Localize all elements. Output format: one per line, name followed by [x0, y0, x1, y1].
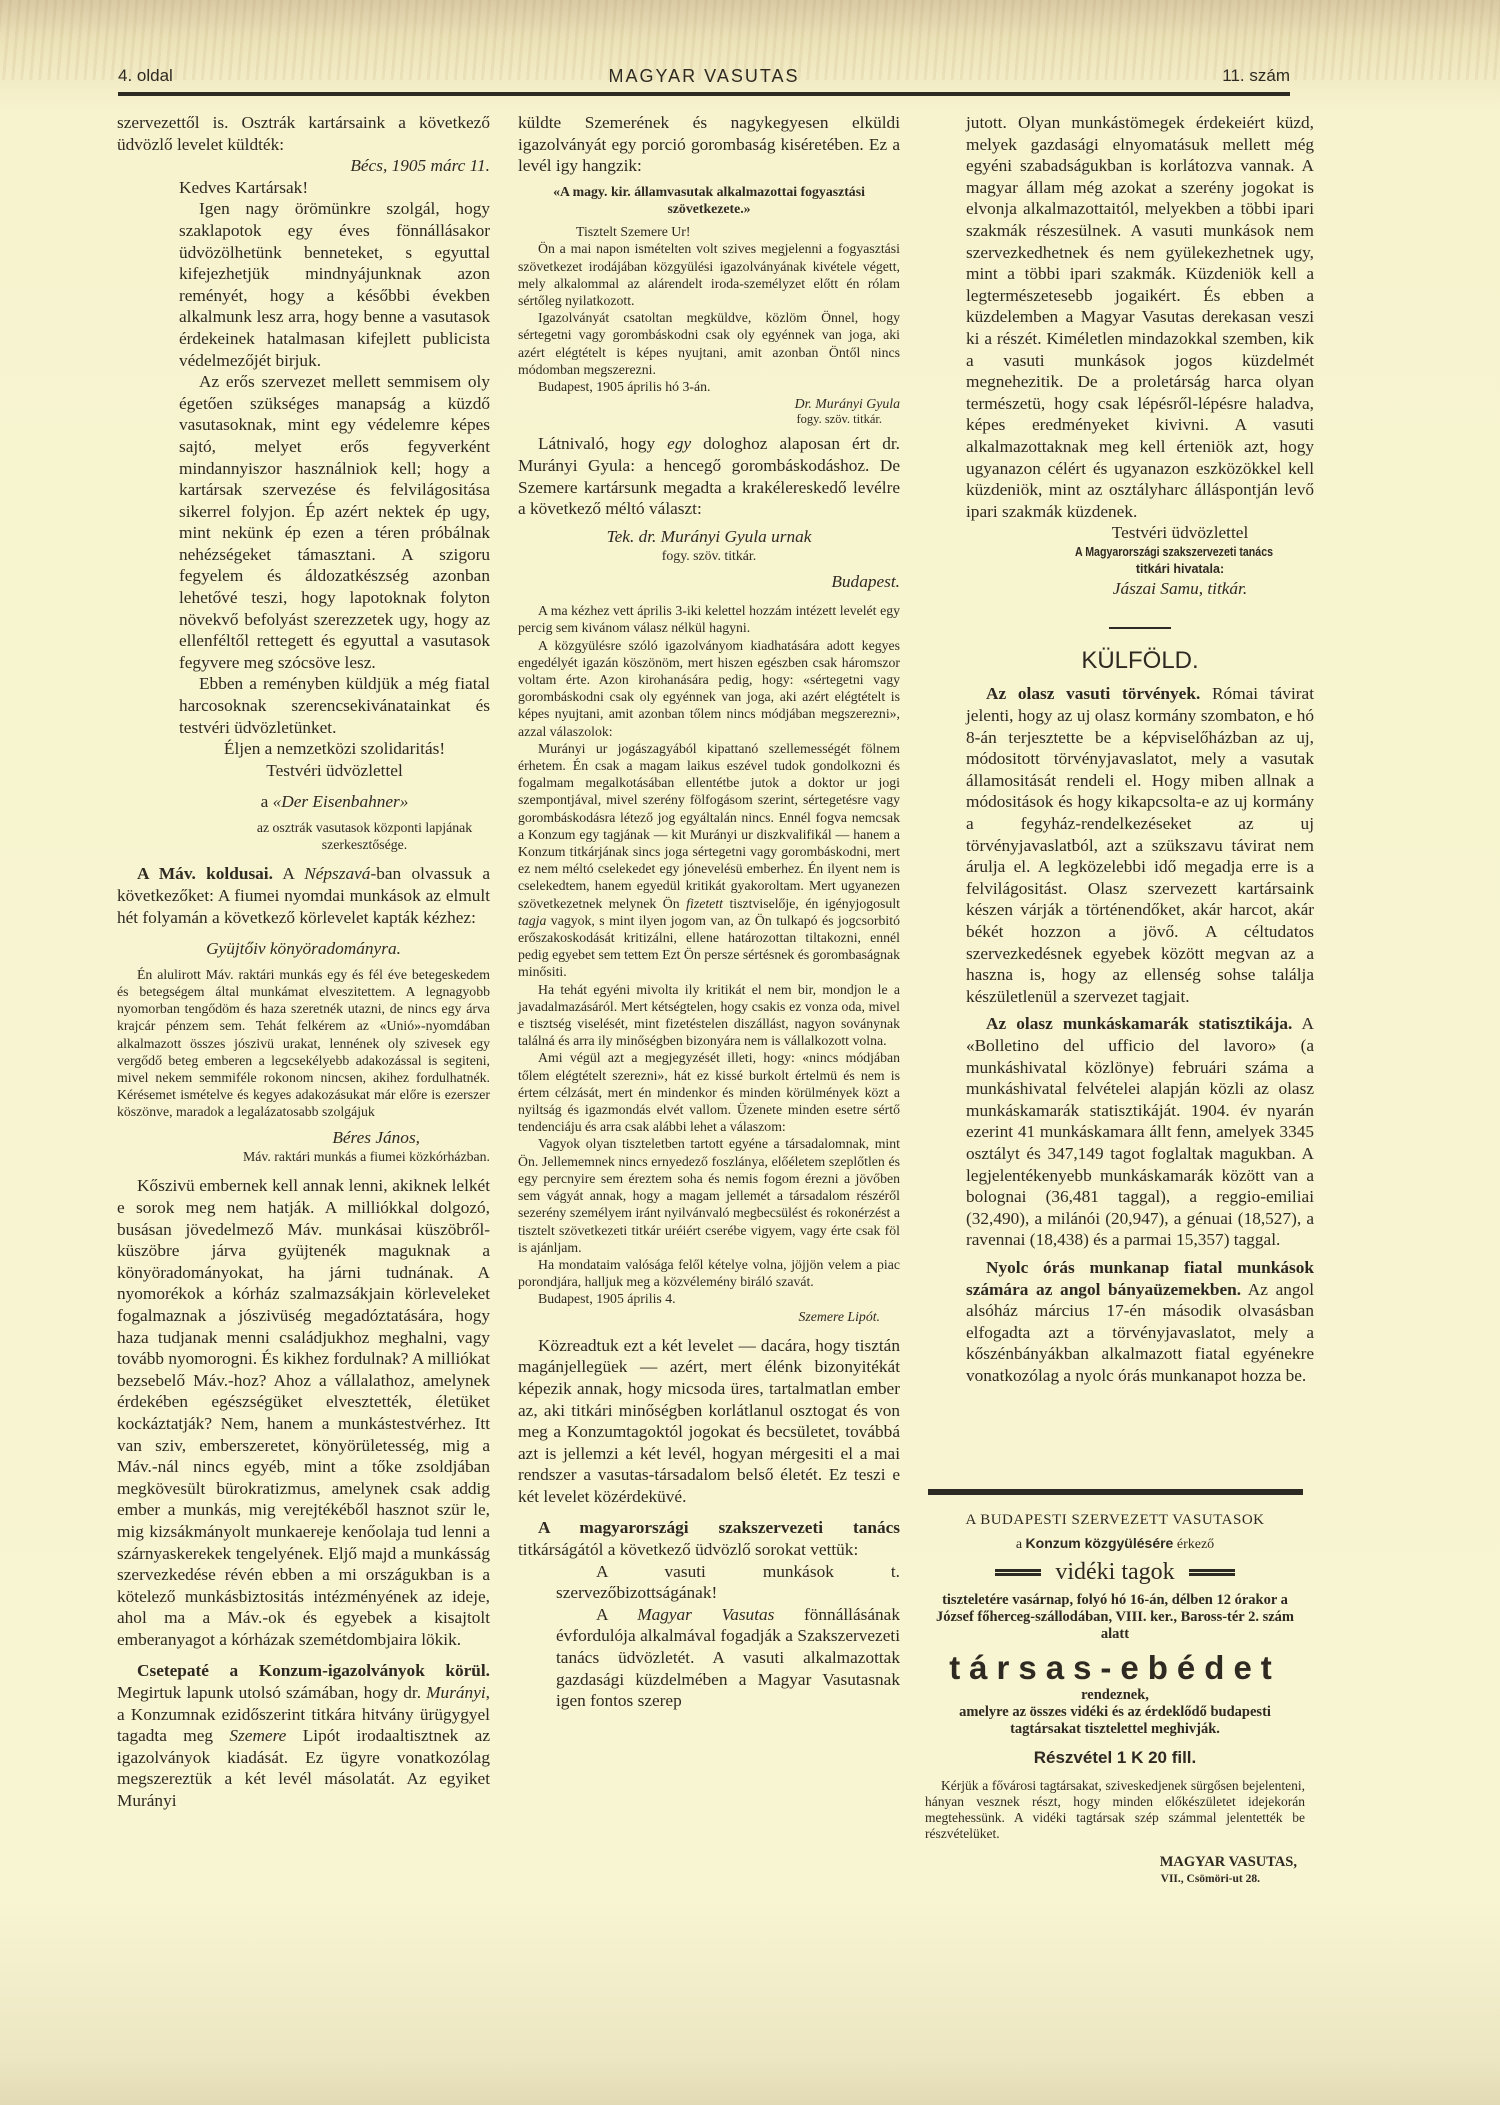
reply-paragraph: A közgyülésre szóló igazolványom kiadhat…	[518, 637, 900, 740]
continuation-paragraph: küldte Szemerének és nagykegyesen elküld…	[518, 112, 900, 177]
konzum-article: Csetepaté a Konzum-igazolványok körül. M…	[117, 1660, 490, 1811]
reply-paragraph: Vagyok olyan tiszteletben tartott egyéne…	[518, 1135, 900, 1255]
commentary-paragraph: Közreadtuk ezt a két levelet — dacára, h…	[518, 1335, 900, 1508]
reply-paragraph: Ha mondataim valósága felől kételye voln…	[518, 1256, 900, 1290]
mav-article: A Máv. koldusai. A Népszavá-ban olvassuk…	[117, 863, 490, 928]
plea-signature-role: Máv. raktári munkás a fiumei közkórházba…	[117, 1148, 490, 1165]
reply-addressee-role: fogy. szöv. titkár.	[518, 547, 900, 564]
reply-paragraph: Ami végül azt a megjegyzését illeti, hog…	[518, 1049, 900, 1135]
council-signature-name: Jászai Samu, titkár.	[966, 578, 1314, 600]
letter-signature-role: fogy. szöv. titkár.	[518, 412, 900, 427]
austrian-letter: Bécs, 1905 márc 11. Kedves Kartársak! Ig…	[117, 155, 490, 853]
letterhead: «A magy. kir. államvasutak alkalmazottai…	[518, 183, 900, 217]
letter-paragraph: Ön a mai napon ismételten volt szives me…	[518, 240, 900, 309]
letter-date: Budapest, 1905 április hó 3-án.	[518, 378, 900, 395]
commentary-paragraph: Látnivaló, hogy egy dologhoz alaposan ér…	[518, 433, 900, 519]
council-article: A magyarországi szakszervezeti tanács ti…	[518, 1517, 900, 1560]
council-continuation: jutott. Olyan munkástömegek érdekeiért k…	[966, 112, 1314, 522]
letter-paragraph: Igen nagy örömünkre szolgál, hogy szakla…	[179, 198, 490, 371]
council-paragraph: A Magyar Vasutas fönnállásának évforduló…	[556, 1604, 900, 1712]
reply-paragraph: A ma kézhez vett április 3-iki kelettel …	[518, 602, 900, 636]
double-rule-ornament	[1189, 1569, 1235, 1576]
english-mines-article: Nyolc órás munkanap fiatal munkások szám…	[966, 1257, 1314, 1387]
ad-request: Kérjük a fővárosi tagtársakat, szivesked…	[925, 1778, 1305, 1842]
reply-paragraph: Ha tehát egyéni mivolta ily kritikát el …	[518, 981, 900, 1050]
letter-date: Bécs, 1905 márc 11.	[179, 155, 490, 177]
council-heading: A magyarországi szakszervezeti tanács	[538, 1518, 900, 1537]
reply-date: Budapest, 1905 április 4.	[518, 1290, 900, 1307]
letter-paragraph: Ebben a reményben küldjük a még fiatal h…	[179, 673, 490, 738]
issue-number: 11. szám	[1222, 66, 1290, 86]
council-signature-office: titkári hivatala:	[966, 561, 1314, 578]
letter-slogan: Éljen a nemzetközi szolidaritás!	[179, 738, 490, 760]
article-heading: Az olasz munkáskamarák statisztikája.	[986, 1014, 1292, 1033]
column-1: szervezettől is. Osztrák kartársaink a k…	[117, 112, 490, 1812]
letter-salutation: Tisztelt Szemere Ur!	[518, 223, 900, 240]
letter-signature-org: az osztrák vasutasok központi lapjának s…	[179, 819, 490, 853]
ad-event-title: társas-ebédet	[925, 1649, 1305, 1687]
masthead-title: MAGYAR VASUTAS	[118, 66, 1290, 87]
council-closing: Testvéri üdvözlettel	[966, 522, 1314, 544]
letter-signature: a «Der Eisenbahner»	[179, 791, 490, 813]
advertisement-box: A BUDAPESTI SZERVEZETT VASUTASOK a Konzu…	[925, 1512, 1305, 1885]
ad-details: tiszteletére vasárnap, folyó hó 16-án, d…	[925, 1592, 1305, 1643]
reply-paragraph: Murányi ur jogászagyából kipattanó szell…	[518, 740, 900, 981]
column-2: küldte Szemerének és nagykegyesen elküld…	[518, 112, 900, 1712]
plea-body: Én alulirott Máv. raktári munkás egy és …	[117, 966, 490, 1121]
konzum-heading: Csetepaté a Konzum-igazolványok körül.	[137, 1661, 490, 1680]
council-signature-org: A Magyarországi szakszervezeti tanács	[992, 544, 1288, 561]
plea-signature: Béres János,	[117, 1127, 490, 1149]
letter-paragraph: Igazolványát csatoltan megküldve, közlöm…	[518, 309, 900, 378]
ad-invitation: amelyre az összes vidéki és az érdeklődő…	[925, 1704, 1305, 1738]
advertisement-rule	[928, 1489, 1303, 1495]
council-addressee: A vasuti munkások t. szervezőbizottságán…	[556, 1561, 900, 1604]
ad-signature: MAGYAR VASUTAS,	[925, 1854, 1305, 1871]
section-divider	[1109, 627, 1171, 629]
ad-price: Részvétel 1 K 20 fill.	[925, 1748, 1305, 1768]
letter-closing: Testvéri üdvözlettel	[179, 760, 490, 782]
column-3: jutott. Olyan munkástömegek érdekeiért k…	[966, 112, 1314, 1386]
ad-organizer: A BUDAPESTI SZERVEZETT VASUTASOK	[925, 1512, 1305, 1529]
reply-signature: Szemere Lipót.	[518, 1308, 900, 1325]
intro-paragraph: szervezettől is. Osztrák kartársaink a k…	[117, 112, 490, 155]
letter-signature: Dr. Murányi Gyula	[518, 395, 900, 412]
double-rule-ornament	[995, 1569, 1041, 1576]
header-rule	[118, 92, 1290, 96]
ad-line: rendeznek,	[925, 1687, 1305, 1704]
section-title-kulfold: KÜLFÖLD.	[966, 647, 1314, 675]
ad-line: a Konzum közgyülésére érkező	[925, 1535, 1305, 1553]
mav-heading: A Máv. koldusai.	[137, 864, 273, 883]
newspaper-page: 4. oldal MAGYAR VASUTAS 11. szám szervez…	[0, 0, 1500, 2105]
italian-railway-article: Az olasz vasuti törvények. Római távirat…	[966, 683, 1314, 1007]
der-eisenbahner: «Der Eisenbahner»	[273, 792, 409, 811]
reply-addressee: Tek. dr. Murányi Gyula urnak	[518, 526, 900, 548]
ad-address: VII., Csömöri-ut 28.	[925, 1873, 1305, 1885]
page-header: 4. oldal MAGYAR VASUTAS 11. szám	[118, 62, 1290, 92]
ad-headline: vidéki tagok	[925, 1559, 1305, 1586]
reply-city: Budapest.	[518, 571, 900, 593]
letter-salutation: Kedves Kartársak!	[179, 177, 490, 199]
letter-paragraph: Az erős szervezet mellett semmisem oly é…	[179, 371, 490, 673]
mav-commentary: Kőszivü embernek kell annak lenni, akikn…	[117, 1175, 490, 1650]
plea-title: Gyüjtőiv könyöradományra.	[117, 938, 490, 960]
article-heading: Az olasz vasuti törvények.	[986, 684, 1200, 703]
italian-chambers-article: Az olasz munkáskamarák statisztikája. A …	[966, 1013, 1314, 1251]
council-letter: A vasuti munkások t. szervezőbizottságán…	[518, 1561, 900, 1712]
